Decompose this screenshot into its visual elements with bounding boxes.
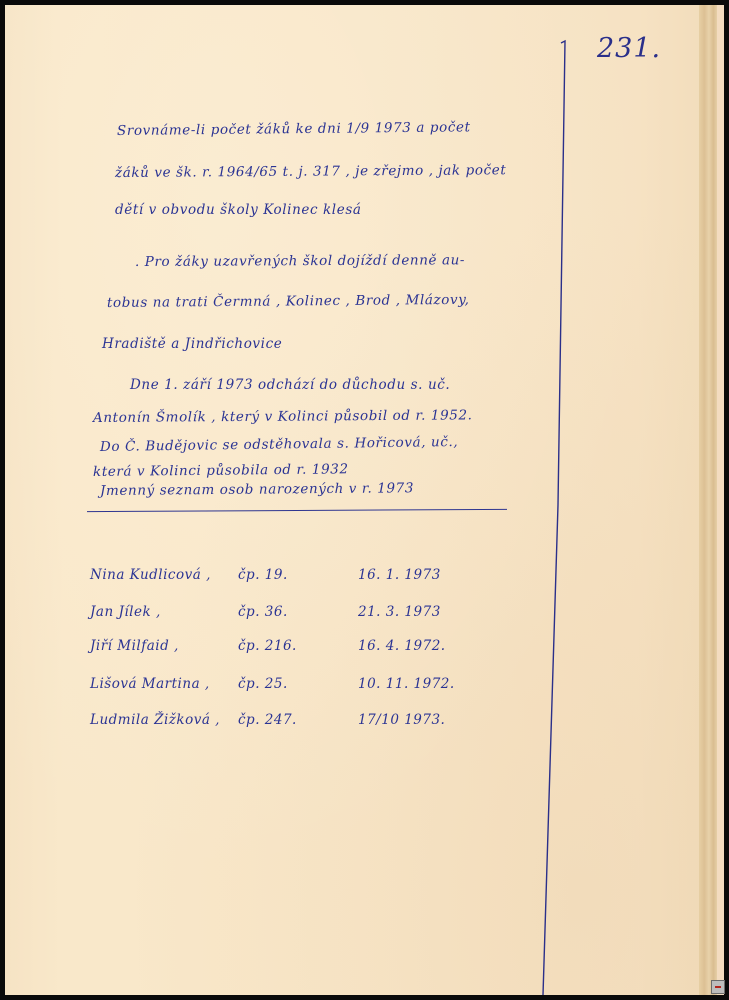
- paragraph-2-line-3: Hradiště a Jindřichovice: [102, 336, 282, 352]
- birth-date: 17/10 1973.: [358, 712, 445, 728]
- birth-name: Jan Jílek ,: [90, 604, 161, 620]
- birth-date: 16. 1. 1973: [358, 567, 441, 583]
- birth-row: Lišová Martina , čp. 25. 10. 11. 1972.: [90, 676, 490, 696]
- birth-house-number: čp. 25.: [238, 676, 288, 692]
- paragraph-3-line-1: Dne 1. září 1973 odchází do důchodu s. u…: [130, 377, 450, 393]
- birth-date: 16. 4. 1972.: [358, 638, 446, 654]
- birth-name: Ludmila Žižková ,: [90, 712, 220, 728]
- paragraph-3-line-4: která v Kolinci působila od r. 1932: [93, 461, 349, 480]
- birth-row: Jan Jílek , čp. 36. 21. 3. 1973: [90, 604, 490, 624]
- birth-name: Nina Kudlicová ,: [90, 567, 211, 583]
- document-page: 231. Srovnáme-li počet žáků ke dni 1/9 1…: [5, 5, 724, 995]
- birth-date: 10. 11. 1972.: [358, 676, 455, 692]
- paragraph-2-line-1: . Pro žáky uzavřených škol dojíždí denně…: [135, 252, 465, 270]
- birth-house-number: čp. 247.: [238, 712, 297, 728]
- paragraph-1-line-2: žáků ve šk. r. 1964/65 t. j. 317 , je zř…: [115, 162, 506, 181]
- birth-house-number: čp. 216.: [238, 638, 297, 654]
- birth-name: Lišová Martina ,: [90, 676, 210, 692]
- paragraph-1-line-3: dětí v obvodu školy Kolinec klesá: [115, 202, 362, 218]
- page-number: 231.: [597, 33, 661, 64]
- birth-row: Nina Kudlicová , čp. 19. 16. 1. 1973: [90, 567, 490, 587]
- minimize-icon[interactable]: [711, 980, 725, 994]
- paragraph-3-line-2: Antonín Šmolík , který v Kolinci působil…: [93, 407, 473, 426]
- births-list-heading: Jmenný seznam osob narozených v r. 1973: [100, 480, 414, 499]
- birth-house-number: čp. 19.: [238, 567, 288, 583]
- paragraph-2-line-2: tobus na trati Čermná , Kolinec , Brod ,…: [107, 292, 470, 311]
- birth-date: 21. 3. 1973: [358, 604, 441, 620]
- birth-house-number: čp. 36.: [238, 604, 288, 620]
- birth-row: Ludmila Žižková , čp. 247. 17/10 1973.: [90, 712, 490, 732]
- margin-rule: [5, 5, 724, 995]
- birth-row: Jiří Milfaid , čp. 216. 16. 4. 1972.: [90, 638, 490, 658]
- scan-frame: 231. Srovnáme-li počet žáků ke dni 1/9 1…: [0, 0, 729, 1000]
- birth-name: Jiří Milfaid ,: [90, 638, 179, 654]
